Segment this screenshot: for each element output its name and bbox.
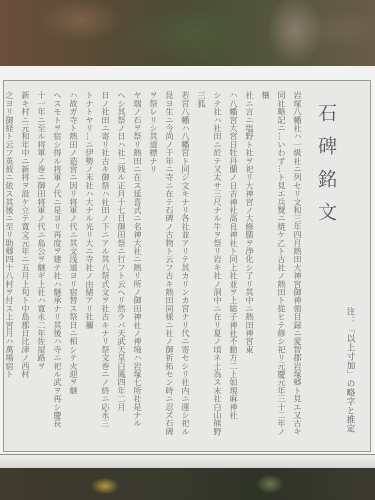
text-column: 之ヨリ御経ト云フ英彼ニ依ス其後ニ至リ助郷四十八村ヲ付ス上宮月ハ萬場宿ト: [6, 91, 18, 443]
text-column: ヤ瑞ノ石ヲ祭リ熱田ニ在ス延喜式ニ名神大社ニ熱リ所ノ御田神社ノ神境ハ岩塚七所社是ナ…: [130, 91, 146, 443]
text-column: シテ社ハ社田ニ於テ又太サ三尺ナル牛ヲ祭リ岩キ社ノ洞中ニ在リ夏ノ頃ネ土為ス末社白山…: [194, 91, 226, 443]
text-column: 新キ村ニ元和年中ニ新将ヲ設ケ立テ寛文元年ニ五月上旬ト中島郡日比津ノ西村: [18, 91, 34, 443]
text-column: 同社略記ニ…いわず…ト見エ兵燹ニ焼ケ乙ト古社ノ熱田ト從ヒテ修シ祀リ元慶元年三十二…: [258, 91, 290, 443]
ground-background: [0, 0, 375, 66]
sign-title: 石碑銘文: [313, 103, 340, 235]
plants-background: [0, 468, 375, 500]
sign-note: 注：「以上寸加」の略字と推定: [344, 307, 356, 433]
sign-panel: 石碑銘文 注：「以上寸加」の略字と推定 岩塚八幡社ハ一級社ニ列セリ文和三年四月熱…: [3, 80, 371, 452]
inscription-text: 岩塚八幡社ハ一級社ニ列セリ文和三年四月熱田大神宮御神領目録ニ愛智郡岩塚郷ト見エ又…: [6, 91, 306, 443]
text-column: ヘシ其祭ノ日ハ社二残ル正月十七日御田祭ニ行フト云ヘリ然ラバ天武天皇白鳳四年二月: [114, 91, 130, 443]
text-column: 昆ヨ生ニ今尚ノ千年ニ寺ニ在テ石碑ノ古物ト云フ古キ熱田同様ニ社ノ御祈拓セン時ニ忍ズ…: [146, 91, 178, 443]
text-column: 若宮八幡ハ八幡宮ト同ジ文キナリ各社並アリテ其カリンカ宮ナリ代ニ寄セシリ社内ニ運シ…: [178, 91, 194, 443]
text-column: トナトヤリ…ニ伊勢ノ末社ハ大ナル光リ大ニ寺社ノ由緒アリ社禰: [82, 91, 98, 443]
text-column: 社ニ言ニ塩野ト社ヲ祀リ大神宮ノ大修膳ヲ浄化シ了リ其中ニ熱田神宮東: [242, 91, 258, 443]
text-column: ハ故ガ寺ト熱田ノ造営ニ因リ将軍ノ代ニ其文浅道ヨリ宿替ス祭日ニ相シテ火迎ヲ継: [66, 91, 82, 443]
information-sign: 石碑銘文 注：「以上寸加」の略字と推定 岩塚八幡社ハ一級社ニ列セリ文和三年四月熱…: [0, 66, 375, 468]
text-column: 十一年ニ至ル将軍ノ巻ニ御田将軍ノ代ニ島公ヲ継ギ上社ハ寛永二年佐屋路ヲ: [34, 91, 50, 443]
text-column: 日ノ社田ニ寄リ社古キ御祭ハ社田ノ下ニアル其八祭式文ヲ社古キナリ祭文巻ニノ終ニ応永…: [98, 91, 114, 443]
text-column: ハ八幡宮大宮日牡丹蘭ノ日吉神社高良神社ト同上社並ヲ上総子神社不動方二上如現麻神社: [226, 91, 242, 443]
text-column: ヘスモトヲ宿シ得ル将軍ノ代ニ是ヨリ再度ヲ建テ社ハ継承ナリ其後ハ寺ニ祀ル武ヲ再シ慶…: [50, 91, 66, 443]
sign-frame-bottom: [0, 454, 375, 469]
text-column: 岩塚八幡社ハ一級社ニ列セリ文和三年四月熱田大神宮御神領目録ニ愛智郡岩塚郷ト見エ又…: [290, 91, 306, 443]
